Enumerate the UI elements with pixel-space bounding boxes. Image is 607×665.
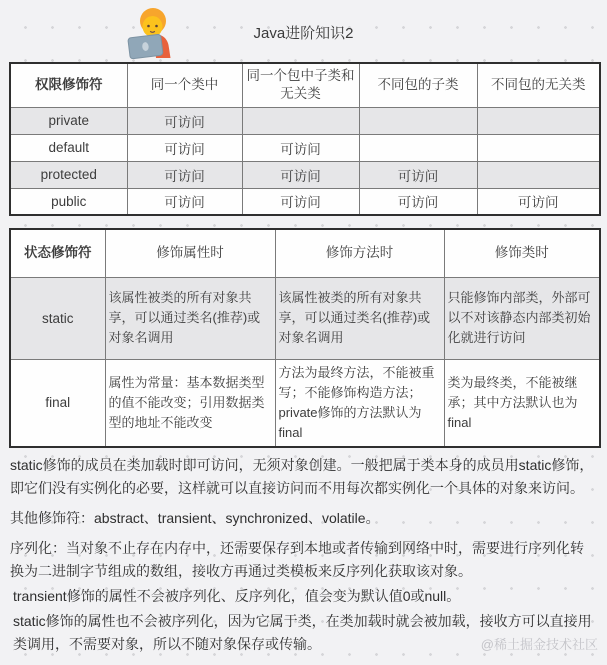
cell: 只能修饰内部类，外部可以不对该静态内部类初始化就进行访问 [444, 277, 600, 359]
header-cell: 同一个类中 [127, 63, 242, 107]
modifier-label: public [10, 188, 127, 215]
cell [477, 107, 600, 134]
page-title: Java进阶知识2 [0, 22, 607, 43]
cell: 属性为常量：基本数据类型的值不能改变；引用数据类型的地址不能改变 [105, 359, 275, 447]
header-cell: 修饰类时 [444, 229, 600, 277]
header-cell: 同一个包中子类和无关类 [242, 63, 359, 107]
modifier-label: final [10, 359, 105, 447]
table-row: public 可访问 可访问 可访问 可访问 [10, 188, 600, 215]
watermark: @稀土掘金技术社区 [481, 634, 598, 653]
cell: 类为最终类，不能被继承；其中方法默认也为final [444, 359, 600, 447]
note-paragraph: static修饰的成员在类加载时即可访问，无须对象创建。一般把属于类本身的成员用… [10, 454, 597, 500]
page-header: Java进阶知识2 [0, 0, 607, 62]
cell: 可访问 [127, 188, 242, 215]
modifier-label: default [10, 134, 127, 161]
cell: 该属性被类的所有对象共享，可以通过类名(推荐)或对象名调用 [105, 277, 275, 359]
cell: 可访问 [242, 134, 359, 161]
note-paragraph: transient修饰的属性不会被序列化、反序列化，值会变为默认值0或null。 [10, 585, 597, 608]
cell [477, 134, 600, 161]
cell: 可访问 [127, 134, 242, 161]
cell: 可访问 [359, 188, 477, 215]
cell: 可访问 [477, 188, 600, 215]
notes-section: static修饰的成员在类加载时即可访问，无须对象创建。一般把属于类本身的成员用… [10, 454, 597, 656]
state-modifier-table: 状态修饰符 修饰属性时 修饰方法时 修饰类时 static 该属性被类的所有对象… [9, 228, 601, 448]
header-cell: 不同包的无关类 [477, 63, 600, 107]
cell: 可访问 [242, 188, 359, 215]
table-row: static 该属性被类的所有对象共享，可以通过类名(推荐)或对象名调用 该属性… [10, 277, 600, 359]
cell: 可访问 [242, 161, 359, 188]
cell [477, 161, 600, 188]
table-row: final 属性为常量：基本数据类型的值不能改变；引用数据类型的地址不能改变 方… [10, 359, 600, 447]
header-cell: 权限修饰符 [10, 63, 127, 107]
cell [242, 107, 359, 134]
header-cell: 修饰属性时 [105, 229, 275, 277]
note-paragraph: 其他修饰符：abstract、transient、synchronized、vo… [10, 507, 597, 530]
cell: 方法为最终方法，不能被重写；不能修饰构造方法；private修饰的方法默认为fi… [275, 359, 444, 447]
cell: 可访问 [127, 107, 242, 134]
modifier-label: protected [10, 161, 127, 188]
cell: 该属性被类的所有对象共享，可以通过类名(推荐)或对象名调用 [275, 277, 444, 359]
header-cell: 不同包的子类 [359, 63, 477, 107]
header-cell: 修饰方法时 [275, 229, 444, 277]
cell: 可访问 [127, 161, 242, 188]
header-cell: 状态修饰符 [10, 229, 105, 277]
cell [359, 107, 477, 134]
modifier-label: private [10, 107, 127, 134]
cell [359, 134, 477, 161]
access-modifier-table: 权限修饰符 同一个类中 同一个包中子类和无关类 不同包的子类 不同包的无关类 p… [9, 62, 601, 216]
table-row: default 可访问 可访问 [10, 134, 600, 161]
table-row: private 可访问 [10, 107, 600, 134]
table-row: protected 可访问 可访问 可访问 [10, 161, 600, 188]
table-header-row: 状态修饰符 修饰属性时 修饰方法时 修饰类时 [10, 229, 600, 277]
note-card: { "header": { "title": "Java进阶知识2" }, "a… [0, 0, 607, 665]
cell: 可访问 [359, 161, 477, 188]
note-paragraph: 序列化：当对象不止存在内存中，还需要保存到本地或者传输到网络中时，需要进行序列化… [10, 537, 597, 583]
modifier-label: static [10, 277, 105, 359]
table-header-row: 权限修饰符 同一个类中 同一个包中子类和无关类 不同包的子类 不同包的无关类 [10, 63, 600, 107]
